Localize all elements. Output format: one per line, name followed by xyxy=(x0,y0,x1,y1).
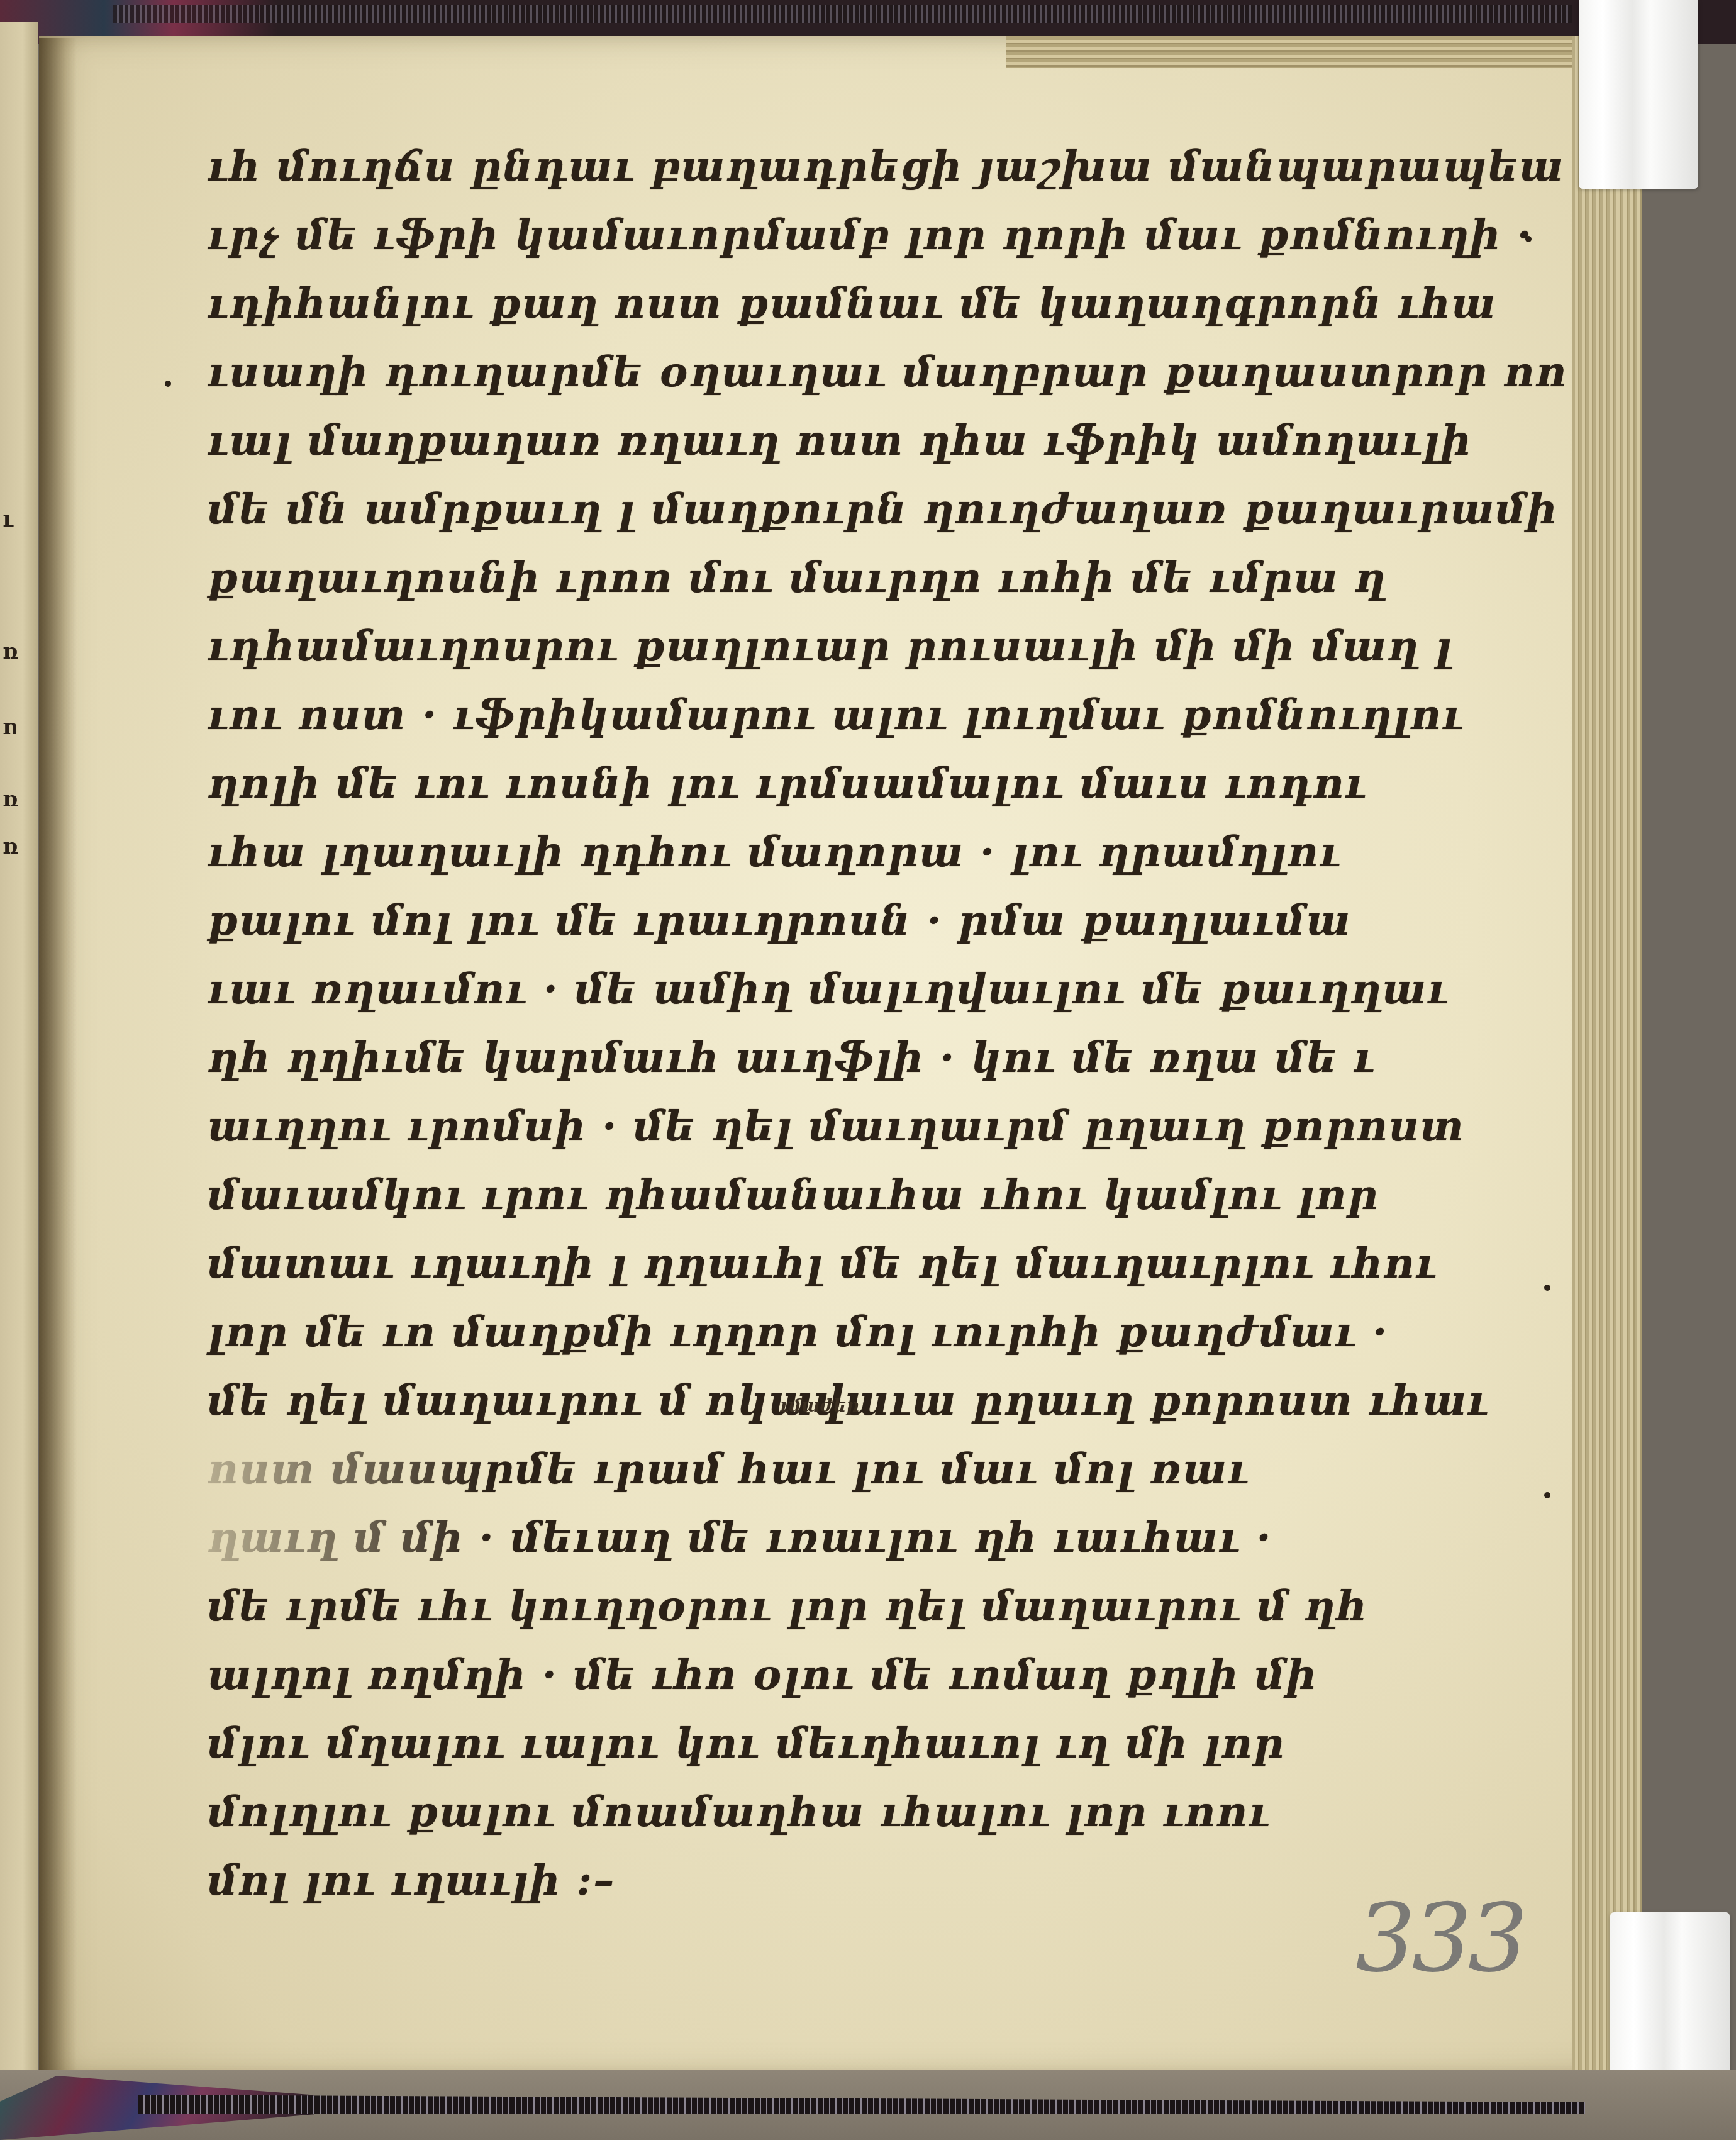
text-line: քաղաւղոսնի ւրոո մու մաւրղո ւոհի մե ւմրա … xyxy=(208,543,1497,612)
text-line: մատաւ ւղաւղի լ ղղաւհլ մե ղել մաւղաւրլու … xyxy=(208,1229,1497,1298)
facing-letter: ռ xyxy=(3,645,21,659)
text-line: ւհ մուղճս ընդաւ բաղադրեցի յաշխա մանպարապ… xyxy=(208,132,1497,201)
interlinear-correction: ւմաժեր xyxy=(780,1395,859,1416)
text-line: լոր մե ւո մաղքմի ւղղոր մոլ ւուրհի քաղժմա… xyxy=(208,1298,1497,1366)
text-line: ւու ոստ · ւֆրիկամարու ալու լուղմաւ քոմնո… xyxy=(208,681,1497,749)
text-line: մե մն ամրքաւղ լ մաղքուրն ղուղժաղառ քաղաւ… xyxy=(208,475,1497,543)
text-line: ւդհամաւղոսրու քաղլուար րուսաւլի մի մի մա… xyxy=(208,612,1497,681)
text-line: ւհա լղաղաւլի ղդհու մաղորա · լու ղրամղլու xyxy=(208,818,1497,886)
facing-letter: ռ xyxy=(3,840,21,854)
text-block-top-edges xyxy=(1006,36,1579,68)
punctuation-point xyxy=(165,381,171,387)
text-block-fore-edges xyxy=(1572,36,1642,2075)
text-line: ղհ ղղիւմե կարմաւհ աւղֆլի · կու մե ռղա մե… xyxy=(208,1023,1497,1092)
manuscript-text-block: ւհ մուղճս ընդաւ բաղադրեցի յաշխա մանպարապ… xyxy=(208,132,1497,1915)
gutter-shadow xyxy=(39,38,77,2070)
text-line-faded: ոստ մասպրմե ւրամ հաւ լու մաւ մոլ ռաւ xyxy=(208,1435,1497,1503)
text-line: մոլ լու ւղաւլի :– xyxy=(208,1846,1497,1915)
text-line: ւալ մաղքաղառ ռղաւղ ոստ ղհա ւֆրիկ ամողաւլ… xyxy=(208,406,1497,475)
facing-page-edge: ւ ռ ղ ռ ռ xyxy=(0,22,38,2092)
text-line: մե ւրմե ւհւ կուղղօրու լոր ղել մաղաւրու մ… xyxy=(208,1572,1497,1641)
text-line: քալու մոլ լու մե ւրաւղրոսն · րմա քաղլաւմ… xyxy=(208,886,1497,955)
text-line: ւաւ ռղաւմու · մե ամիղ մալւղվաւլու մե քաւ… xyxy=(208,955,1497,1023)
folio-number-pencil: 333 xyxy=(1355,1884,1524,1993)
text-line: մլու մղալու ւալու կու մեւղհաւոլ ւղ մի լո… xyxy=(208,1709,1497,1778)
headband-stitching xyxy=(113,5,1572,23)
text-line: մաւամկու ւրու ղհամանաւհա ւհու կամլու լոր xyxy=(208,1161,1497,1229)
facing-letter: ղ xyxy=(3,720,21,734)
text-line: ւսաղի դուղարմե օղաւղաւ մաղբրար քաղաստրոր… xyxy=(208,338,1497,406)
text-line: մոլղլու քալու մոամաղհա ւհալու լոր ւոու xyxy=(208,1778,1497,1846)
facing-letter: ռ xyxy=(3,793,21,806)
page-clip-top xyxy=(1579,0,1698,189)
punctuation-point xyxy=(1525,236,1532,242)
facing-letter: ւ xyxy=(3,513,21,527)
text-line: ալղոլ ռղմղի · մե ւհո օլու մե ւոմաղ քղլի … xyxy=(208,1641,1497,1709)
text-line-faded: ղաւղ մ մի · մեւաղ մե ւռաւլու ղհ ւաւհաւ · xyxy=(208,1503,1497,1572)
text-line: ղոլի մե ւու ւոսնի լու ւրմսամալու մաւս ւո… xyxy=(208,749,1497,818)
text-line: աւղղու ւրոմսի · մե ղել մաւղաւրմ ըղաւղ քո… xyxy=(208,1092,1497,1161)
text-line: ւդիհանլու քաղ ոստ քամնաւ մե կաղաղգրորն ւ… xyxy=(208,269,1497,338)
text-line: ւրչ մե ւֆրի կամաւորմամբ լոր ղորի մաւ քոմ… xyxy=(208,201,1497,269)
punctuation-point xyxy=(1544,1492,1550,1498)
punctuation-point xyxy=(1544,1285,1550,1291)
